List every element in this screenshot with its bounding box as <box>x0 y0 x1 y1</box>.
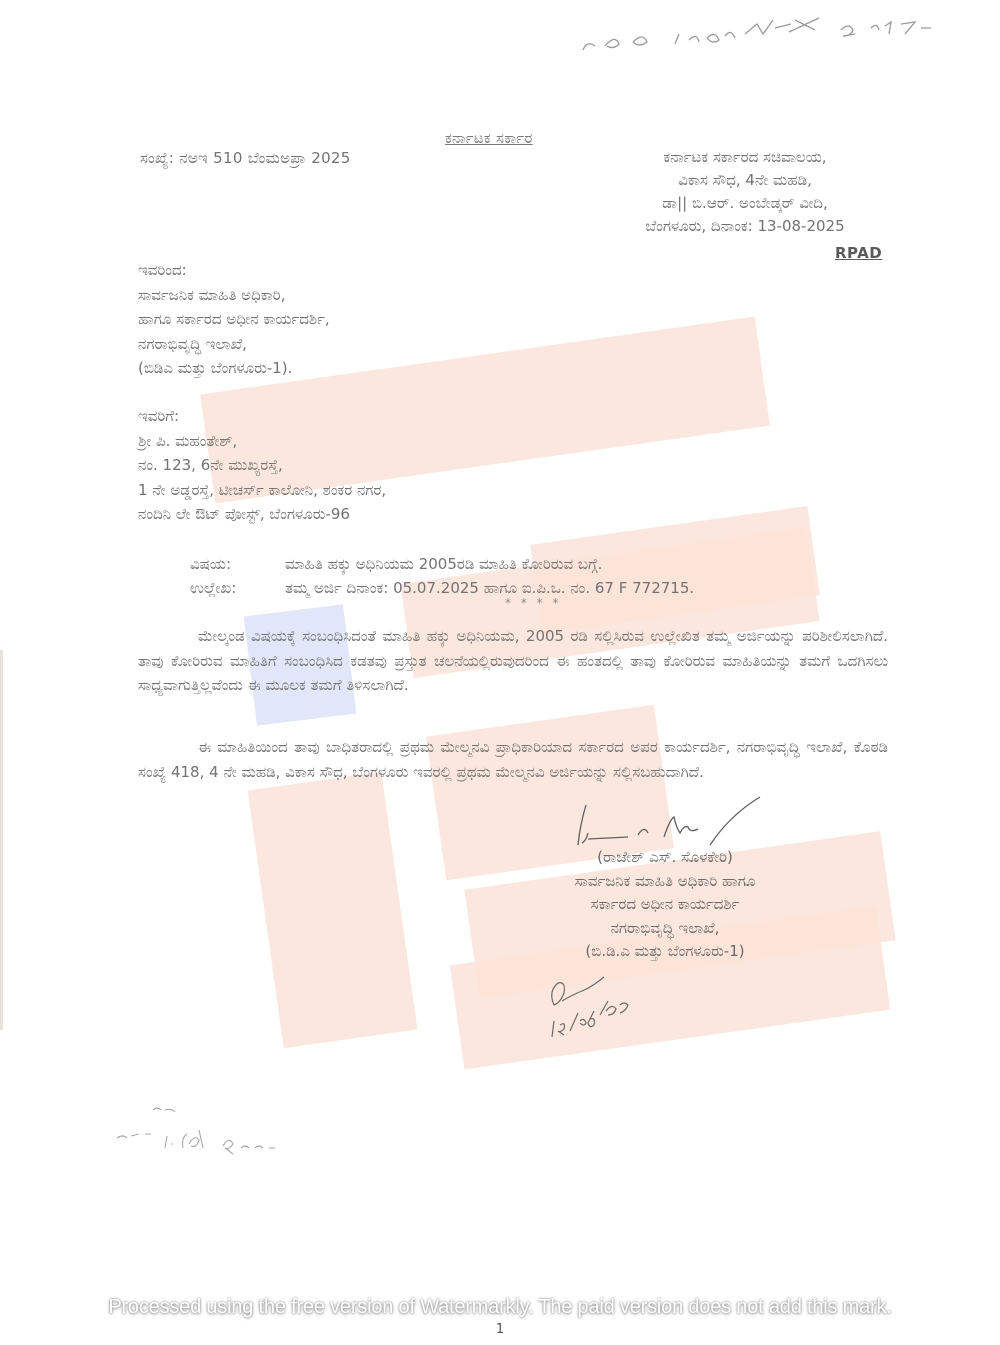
scan-edge <box>0 650 3 1030</box>
letter-page: ಕರ್ನಾಟಕ ಸರ್ಕಾರ ಸಂಖ್ಯೆ: ನಅಇ 510 ಬೆಂಮಅಪ್ರಾ… <box>0 0 1000 1345</box>
body-paragraph: ಮೇಲ್ಕಂಡ ವಿಷಯಕ್ಕೆ ಸಂಬಂಧಿಸಿದಂತೆ ಮಾಹಿತಿ ಹಕ್… <box>138 624 888 698</box>
signatory-designation: ಸರ್ಕಾರದ ಅಧೀನ ಕಾರ್ಯದರ್ಶಿ <box>520 893 810 917</box>
handwritten-note-bottom <box>105 1100 315 1170</box>
watermark-shape <box>248 772 418 1048</box>
signatory-block: (ರಾಜೇಶ್ ಎಸ್. ಸೊಳಕೇರಿ) ಸಾರ್ವಜನಿಕ ಮಾಹಿತಿ ಅ… <box>520 846 810 964</box>
separator: * * * * <box>505 596 561 610</box>
reference-label: ಉಲ್ಲೇಖ: <box>190 576 285 600</box>
from-label: ಇವರಿಂದ: <box>138 258 330 283</box>
office-address-line: ಕರ್ನಾಟಕ ಸರ್ಕಾರದ ಸಚಿವಾಲಯ, <box>610 146 880 169</box>
from-line: ನಗರಾಭಿವೃದ್ಧಿ ಇಲಾಖೆ, <box>138 332 330 357</box>
to-line: ನಂ. 123, 6ನೇ ಮುಖ್ಯರಸ್ತೆ, <box>138 453 386 478</box>
reference-text: ತಮ್ಮ ಅರ್ಜಿ ದಿನಾಂಕ: 05.07.2025 ಹಾಗೂ ಐ.ಪಿ.… <box>285 576 694 600</box>
to-label: ಇವರಿಗೆ: <box>138 404 386 429</box>
subject-label: ವಿಷಯ: <box>190 552 285 576</box>
reference-number: ಸಂಖ್ಯೆ: ನಅಇ 510 ಬೆಂಮಅಪ್ರಾ 2025 <box>140 146 351 170</box>
from-line: (ಬಿಡಿಎ ಮತ್ತು ಬೆಂಗಳೂರು-1). <box>138 356 330 381</box>
to-line: ನಂದಿನಿ ಲೇ ಔಟ್ ಪೋಸ್ಟ್, ಬೆಂಗಳೂರು-96 <box>138 502 386 527</box>
office-address: ಕರ್ನಾಟಕ ಸರ್ಕಾರದ ಸಚಿವಾಲಯ, ವಿಕಾಸ ಸೌಧ, 4ನೇ … <box>610 146 880 238</box>
office-address-date: ಬೆಂಗಳೂರು, ದಿನಾಂಕ: 13-08-2025 <box>610 215 880 238</box>
body-paragraph: ಈ ಮಾಹಿತಿಯಿಂದ ತಾವು ಬಾಧಿತರಾದಲ್ಲಿ ಪ್ರಥಮ ಮೇಲ… <box>138 735 888 784</box>
document-header-title: ಕರ್ನಾಟಕ ಸರ್ಕಾರ <box>445 126 533 150</box>
handwritten-note-top <box>575 10 955 55</box>
signatory-designation: (ಬಿ.ಡಿ.ಎ ಮತ್ತು ಬೆಂಗಳೂರು-1) <box>520 940 810 964</box>
signatory-designation: ಸಾರ್ವಜನಿಕ ಮಾಹಿತಿ ಅಧಿಕಾರಿ ಹಾಗೂ <box>520 870 810 894</box>
signatory-name: (ರಾಜೇಶ್ ಎಸ್. ಸೊಳಕೇರಿ) <box>520 846 810 870</box>
to-block: ಇವರಿಗೆ: ಶ್ರೀ ಪಿ. ಮಹಂತೇಶ್, ನಂ. 123, 6ನೇ ಮ… <box>138 404 386 527</box>
subject-text: ಮಾಹಿತಿ ಹಕ್ಕು ಅಧಿನಿಯಮ 2005ರಡಿ ಮಾಹಿತಿ ಕೋರಿ… <box>285 552 602 576</box>
handwritten-initials-date <box>540 975 660 1045</box>
subject-row: ವಿಷಯ: ಮಾಹಿತಿ ಹಕ್ಕು ಅಧಿನಿಯಮ 2005ರಡಿ ಮಾಹಿತ… <box>190 552 694 576</box>
watermarkly-notice: Processed using the free version of Wate… <box>0 1296 1000 1319</box>
office-address-line: ವಿಕಾಸ ಸೌಧ, 4ನೇ ಮಹಡಿ, <box>610 169 880 192</box>
to-line: 1 ನೇ ಅಡ್ಡರಸ್ತೆ, ಟೀಚರ್ಸ್ ಕಾಲೋನಿ, ಶಂಕರ ನಗರ… <box>138 478 386 503</box>
from-line: ಹಾಗೂ ಸರ್ಕಾರದ ಅಧೀನ ಕಾರ್ಯದರ್ಶಿ, <box>138 307 330 332</box>
office-address-line: ಡಾ|| ಬಿ.ಆರ್. ಅಂಬೇಡ್ಕರ್ ವೀದಿ, <box>610 192 880 215</box>
reference-row: ಉಲ್ಲೇಖ: ತಮ್ಮ ಅರ್ಜಿ ದಿನಾಂಕ: 05.07.2025 ಹಾ… <box>190 576 694 600</box>
subject-block: ವಿಷಯ: ಮಾಹಿತಿ ಹಕ್ಕು ಅಧಿನಿಯಮ 2005ರಡಿ ಮಾಹಿತ… <box>190 552 694 600</box>
from-line: ಸಾರ್ವಜನಿಕ ಮಾಹಿತಿ ಅಧಿಕಾರಿ, <box>138 283 330 308</box>
to-line: ಶ್ರೀ ಪಿ. ಮಹಂತೇಶ್, <box>138 429 386 454</box>
page-number: 1 <box>0 1322 1000 1337</box>
from-block: ಇವರಿಂದ: ಸಾರ್ವಜನಿಕ ಮಾಹಿತಿ ಅಧಿಕಾರಿ, ಹಾಗೂ ಸ… <box>138 258 330 381</box>
dispatch-mode: RPAD <box>835 244 882 262</box>
signatory-designation: ನಗರಾಭಿವೃದ್ಧಿ ಇಲಾಖೆ, <box>520 917 810 941</box>
